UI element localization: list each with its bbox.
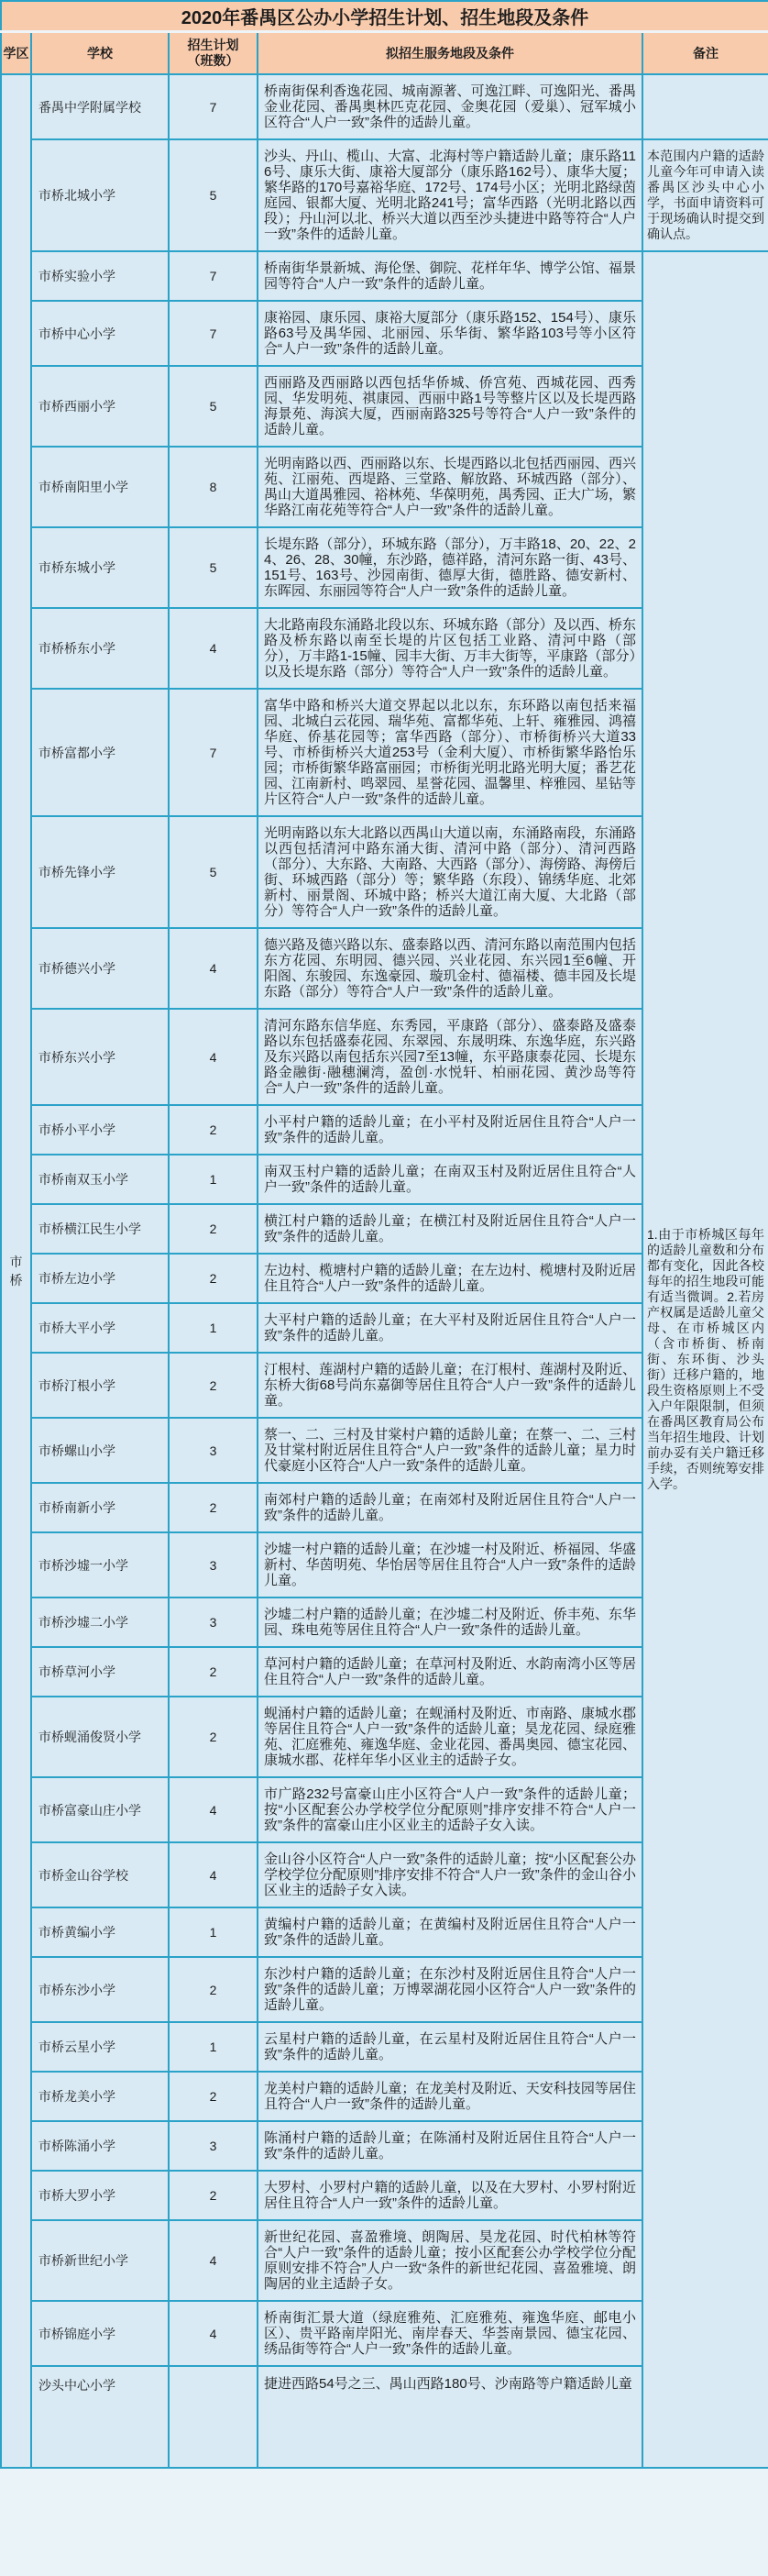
service-area-cell: 市广路232号富豪山庄小区符合“人户一致”条件的适龄儿童；按“小区配套公办学校学… <box>258 1777 642 1842</box>
class-count-cell: 2 <box>169 1204 258 1254</box>
class-count-cell: 4 <box>169 608 258 689</box>
class-count-cell: 1 <box>169 1303 258 1353</box>
service-area-cell: 沙墟二村户籍的适龄儿童；在沙墟二村及附近、侨丰苑、东华园、珠电苑等居住且符合“人… <box>258 1598 642 1647</box>
service-area-cell: 大平村户籍的适龄儿童；在大平村及附近居住且符合“人户一致”条件的适龄儿童。 <box>258 1303 642 1353</box>
class-count-cell: 5 <box>169 139 258 251</box>
column-header-school: 学校 <box>31 32 169 75</box>
column-header-plan: 招生计划 （班数） <box>169 32 258 75</box>
service-area-cell: 蚬涌村户籍的适龄儿童；在蚬涌村及附近、市南路、康城水郡等居住且符合“人户一致”条… <box>258 1697 642 1777</box>
remark-cell: 1.由于市桥城区每年的适龄儿童数和分布都有变化，因此各校每年的招生地段可能有适当… <box>642 251 768 2468</box>
district-cell: 市桥 <box>1 74 31 2468</box>
class-count-cell: 7 <box>169 301 258 366</box>
table-row: 市桥实验小学7桥南街华景新城、海伦堡、御院、花样年华、博学公馆、福景园等符合“人… <box>1 251 768 301</box>
service-area-cell: 龙美村户籍的适龄儿童；在龙美村及附近、天安科技园等居住且符合“人户一致”条件的适… <box>258 2072 642 2121</box>
service-area-cell: 黄编村户籍的适龄儿童；在黄编村及附近居住且符合“人户一致”条件的适龄儿童。 <box>258 1907 642 1957</box>
school-name-cell: 市桥桥东小学 <box>31 608 169 689</box>
service-area-cell: 光明南路以东大北路以西禺山大道以南，东涌路南段，东涌路以西包括清河中路东涌大街、… <box>258 816 642 928</box>
school-name-cell: 市桥螺山小学 <box>31 1418 169 1483</box>
school-name-cell: 市桥东沙小学 <box>31 1957 169 2022</box>
class-count-cell <box>169 2366 258 2468</box>
service-area-cell: 小平村户籍的适龄儿童；在小平村及附近居住且符合“人户一致”条件的适龄儿童。 <box>258 1105 642 1155</box>
class-count-cell: 2 <box>169 1647 258 1697</box>
service-area-cell: 新世纪花园、喜盈雅境、朗陶居、昊龙花园、时代柏林等符合“人户一致”条件的适龄儿童… <box>258 2220 642 2301</box>
school-name-cell: 市桥汀根小学 <box>31 1353 169 1418</box>
column-header-service-area: 拟招生服务地段及条件 <box>258 32 642 75</box>
class-count-cell: 2 <box>169 1254 258 1303</box>
service-area-cell: 南双玉村户籍的适龄儿童；在南双玉村及附近居住且符合“人户一致”条件的适龄儿童。 <box>258 1155 642 1204</box>
service-area-cell: 清河东路东信华庭、东秀园，平康路（部分）、盛泰路及盛泰路以东包括盛泰花园、东翠园… <box>258 1009 642 1105</box>
service-area-cell: 桥南街华景新城、海伦堡、御院、花样年华、博学公馆、福景园等符合“人户一致”条件的… <box>258 251 642 301</box>
service-area-cell: 金山谷小区符合“人户一致”条件的适龄儿童；按“小区配套公办学校学位分配原则”排序… <box>258 1842 642 1907</box>
service-area-cell: 横江村户籍的适龄儿童；在横江村及附近居住且符合“人户一致”条件的适龄儿童。 <box>258 1204 642 1254</box>
remark-cell: 本范围内户籍的适龄儿童今年可申请入读番禺区沙头中心小学，书面申请资料可于现场确认… <box>642 139 768 251</box>
service-area-cell: 德兴路及德兴路以东、盛泰路以西、清河东路以南范围内包括东方花园、东明园、德兴园、… <box>258 928 642 1009</box>
service-area-cell: 捷进西路54号之三、禺山西路180号、沙南路等户籍适龄儿童 <box>258 2366 642 2468</box>
class-count-cell: 4 <box>169 928 258 1009</box>
school-name-cell: 市桥东城小学 <box>31 527 169 608</box>
service-area-cell: 左边村、榄塘村户籍的适龄儿童；在左边村、榄塘村及附近居住且符合“人户一致”条件的… <box>258 1254 642 1303</box>
class-count-cell: 1 <box>169 1907 258 1957</box>
class-count-cell: 4 <box>169 1777 258 1842</box>
school-name-cell: 市桥南双玉小学 <box>31 1155 169 1204</box>
school-name-cell: 市桥横江民生小学 <box>31 1204 169 1254</box>
service-area-cell: 东沙村户籍的适龄儿童；在东沙村及附近居住且符合“人户一致”条件的适龄儿童；万博翠… <box>258 1957 642 2022</box>
service-area-cell: 沙头、丹山、榄山、大富、北海村等户籍适龄儿童；康乐路116号、康乐大街、康裕大厦… <box>258 139 642 251</box>
table-row: 市桥番禺中学附属学校7桥南街保利香逸花园、城南源著、可逸江畔、可逸阳光、番禺金业… <box>1 74 768 139</box>
school-name-cell: 市桥实验小学 <box>31 251 169 301</box>
service-area-cell: 大北路南段东涌路北段以东、环城东路（部分）及以西、桥东路及桥东路以南至长堤的片区… <box>258 608 642 689</box>
page-title: 2020年番禺区公办小学招生计划、招生地段及条件 <box>1 1 768 32</box>
school-name-cell: 市桥东兴小学 <box>31 1009 169 1105</box>
school-name-cell: 市桥草河小学 <box>31 1647 169 1697</box>
school-name-cell: 市桥龙美小学 <box>31 2072 169 2121</box>
service-area-cell: 陈涌村户籍的适龄儿童；在陈涌村及附近居住且符合“人户一致”条件的适龄儿童。 <box>258 2121 642 2171</box>
school-name-cell: 市桥新世纪小学 <box>31 2220 169 2301</box>
class-count-cell: 2 <box>169 1353 258 1418</box>
school-name-cell: 沙头中心小学 <box>31 2366 169 2468</box>
service-area-cell: 长堤东路（部分），环城东路（部分），万丰路18、20、22、24、26、28、3… <box>258 527 642 608</box>
school-name-cell: 市桥北城小学 <box>31 139 169 251</box>
class-count-cell: 2 <box>169 1105 258 1155</box>
class-count-cell: 1 <box>169 2022 258 2072</box>
school-name-cell: 市桥先锋小学 <box>31 816 169 928</box>
school-name-cell: 番禺中学附属学校 <box>31 74 169 139</box>
class-count-cell: 4 <box>169 1842 258 1907</box>
admissions-table: 2020年番禺区公办小学招生计划、招生地段及条件 学区 学校 招生计划 （班数）… <box>0 0 768 2469</box>
class-count-cell: 5 <box>169 366 258 447</box>
header-row: 学区 学校 招生计划 （班数） 拟招生服务地段及条件 备注 <box>1 32 768 75</box>
class-count-cell: 4 <box>169 2301 258 2366</box>
column-header-district: 学区 <box>1 32 31 75</box>
table-row: 市桥北城小学5沙头、丹山、榄山、大富、北海村等户籍适龄儿童；康乐路116号、康乐… <box>1 139 768 251</box>
class-count-cell: 3 <box>169 1532 258 1598</box>
school-name-cell: 市桥沙墟一小学 <box>31 1532 169 1598</box>
class-count-cell: 5 <box>169 816 258 928</box>
class-count-cell: 2 <box>169 1957 258 2022</box>
school-name-cell: 市桥富都小学 <box>31 689 169 816</box>
column-header-remark: 备注 <box>642 32 768 75</box>
class-count-cell: 7 <box>169 74 258 139</box>
school-name-cell: 市桥陈涌小学 <box>31 2121 169 2171</box>
service-area-cell: 康裕园、康乐园、康裕大厦部分（康乐路152、154号）、康乐路63号及禺华园、北… <box>258 301 642 366</box>
service-area-cell: 沙墟一村户籍的适龄儿童；在沙墟一村及附近、桥福园、华盛新村、华茵明苑、华怡居等居… <box>258 1532 642 1598</box>
school-name-cell: 市桥锦庭小学 <box>31 2301 169 2366</box>
service-area-cell: 汀根村、莲湖村户籍的适龄儿童；在汀根村、莲湖村及附近、东桥大街68号尚东嘉御等居… <box>258 1353 642 1418</box>
school-name-cell: 市桥金山谷学校 <box>31 1842 169 1907</box>
service-area-cell: 大罗村、小罗村户籍的适龄儿童，以及在大罗村、小罗村附近居住且符合“人户一致”条件… <box>258 2171 642 2220</box>
class-count-cell: 2 <box>169 1697 258 1777</box>
class-count-cell: 4 <box>169 1009 258 1105</box>
school-name-cell: 市桥中心小学 <box>31 301 169 366</box>
service-area-cell: 桥南街汇景大道（绿庭雅苑、汇庭雅苑、雍逸华庭、邮电小区）、贵平路南岸阳光、南岸春… <box>258 2301 642 2366</box>
class-count-cell: 7 <box>169 251 258 301</box>
school-name-cell: 市桥小平小学 <box>31 1105 169 1155</box>
service-area-cell: 蔡一、二、三村及甘棠村户籍的适龄儿童；在蔡一、二、三村及甘棠村附近居住且符合“人… <box>258 1418 642 1483</box>
school-name-cell: 市桥沙墟二小学 <box>31 1598 169 1647</box>
service-area-cell: 云星村户籍的适龄儿童，在云星村及附近居住且符合“人户一致”条件的适龄儿童。 <box>258 2022 642 2072</box>
school-name-cell: 市桥大平小学 <box>31 1303 169 1353</box>
service-area-cell: 桥南街保利香逸花园、城南源著、可逸江畔、可逸阳光、番禺金业花园、番禺奥林匹克花园… <box>258 74 642 139</box>
school-name-cell: 市桥南阳里小学 <box>31 447 169 527</box>
class-count-cell: 2 <box>169 1483 258 1532</box>
service-area-cell: 西丽路及西丽路以西包括华侨城、侨宫苑、西城花园、西秀园、华发明苑、祺康园、西丽中… <box>258 366 642 447</box>
class-count-cell: 3 <box>169 1418 258 1483</box>
table-body: 市桥番禺中学附属学校7桥南街保利香逸花园、城南源著、可逸江畔、可逸阳光、番禺金业… <box>1 74 768 2468</box>
title-row: 2020年番禺区公办小学招生计划、招生地段及条件 <box>1 1 768 32</box>
school-name-cell: 市桥南新小学 <box>31 1483 169 1532</box>
class-count-cell: 3 <box>169 2121 258 2171</box>
school-name-cell: 市桥云星小学 <box>31 2022 169 2072</box>
class-count-cell: 2 <box>169 2171 258 2220</box>
class-count-cell: 4 <box>169 2220 258 2301</box>
class-count-cell: 2 <box>169 2072 258 2121</box>
service-area-cell: 草河村户籍的适龄儿童；在草河村及附近、水韵南湾小区等居住且符合“人户一致”条件的… <box>258 1647 642 1697</box>
school-name-cell: 市桥德兴小学 <box>31 928 169 1009</box>
class-count-cell: 3 <box>169 1598 258 1647</box>
school-name-cell: 市桥大罗小学 <box>31 2171 169 2220</box>
class-count-cell: 8 <box>169 447 258 527</box>
class-count-cell: 5 <box>169 527 258 608</box>
remark-cell <box>642 74 768 139</box>
school-name-cell: 市桥左边小学 <box>31 1254 169 1303</box>
school-name-cell: 市桥蚬涌俊贤小学 <box>31 1697 169 1777</box>
service-area-cell: 光明南路以西、西丽路以东、长堤西路以北包括西丽园、西兴苑、江丽苑、西堤路、三堂路… <box>258 447 642 527</box>
school-name-cell: 市桥富豪山庄小学 <box>31 1777 169 1842</box>
school-name-cell: 市桥西丽小学 <box>31 366 169 447</box>
class-count-cell: 1 <box>169 1155 258 1204</box>
service-area-cell: 富华中路和桥兴大道交界起以北以东，东环路以南包括来福园、北城白云花园、瑞华苑、富… <box>258 689 642 816</box>
admissions-document: 2020年番禺区公办小学招生计划、招生地段及条件 学区 学校 招生计划 （班数）… <box>0 0 768 2576</box>
school-name-cell: 市桥黄编小学 <box>31 1907 169 1957</box>
service-area-cell: 南郊村户籍的适龄儿童；在南郊村及附近居住且符合“人户一致”条件的适龄儿童。 <box>258 1483 642 1532</box>
class-count-cell: 7 <box>169 689 258 816</box>
